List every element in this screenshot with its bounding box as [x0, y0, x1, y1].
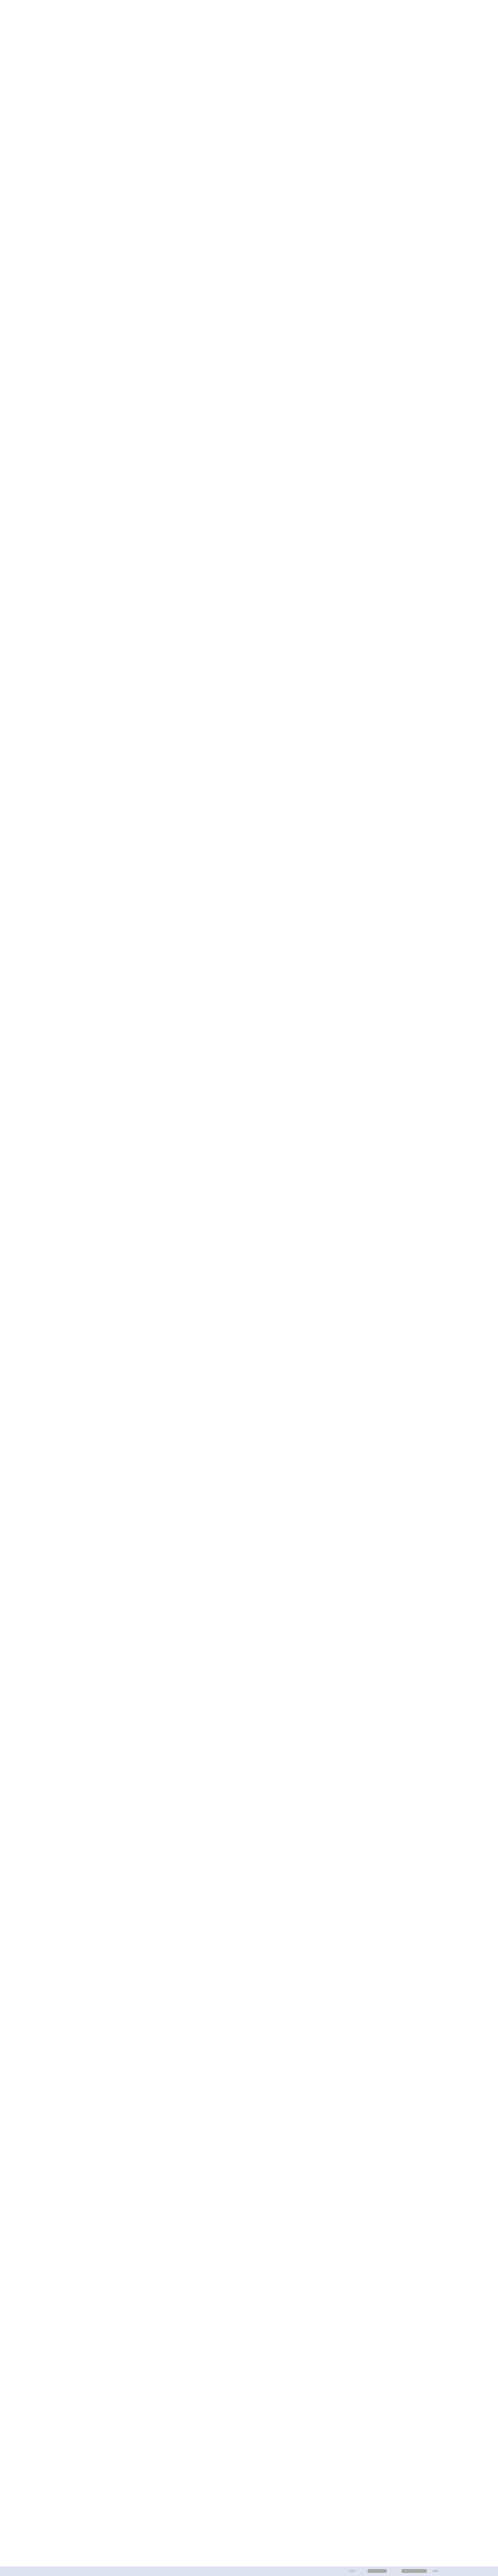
scrollbar-fragment — [368, 2569, 387, 2573]
bottom-bar-tick — [349, 2570, 355, 2572]
bottom-ui-bar — [0, 2566, 498, 2576]
watermark-layer — [0, 0, 498, 2576]
document-page — [0, 0, 498, 2576]
scrollbar-fragment — [401, 2569, 427, 2573]
bottom-bar-tick — [432, 2570, 439, 2572]
